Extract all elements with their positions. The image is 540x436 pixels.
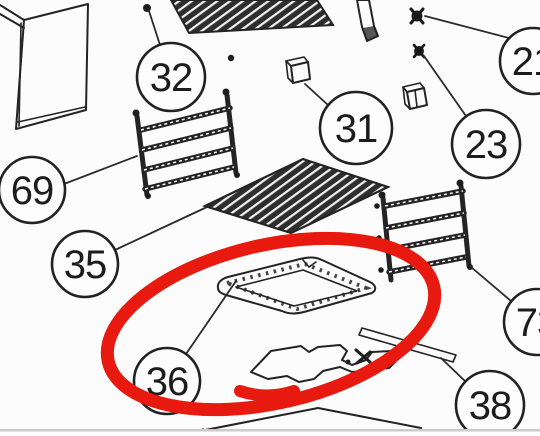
- callout-69: 69: [0, 157, 65, 223]
- callout-32: 32: [137, 43, 205, 111]
- callout-38-label: 38: [469, 384, 512, 428]
- callout-69-label: 69: [11, 169, 54, 213]
- parts-diagram-frame: 32 31 21 23 69 35 36 38 73: [0, 0, 540, 436]
- exploded-parts-diagram: 32 31 21 23 69 35 36 38 73: [0, 0, 540, 436]
- bolt-23: [414, 45, 424, 57]
- bottom-edge-line: [0, 429, 540, 436]
- bolt-21: [411, 9, 423, 23]
- callout-35: 35: [52, 231, 118, 297]
- callout-23: 23: [452, 110, 520, 178]
- screw-dot: [228, 55, 234, 61]
- callout-21-label: 21: [512, 40, 540, 84]
- callout-23-label: 23: [465, 123, 508, 167]
- callout-31: 31: [320, 92, 392, 164]
- callout-31-label: 31: [335, 107, 378, 151]
- callout-73-label: 73: [516, 301, 540, 345]
- callout-32-label: 32: [150, 56, 193, 100]
- callout-35-label: 35: [64, 243, 107, 287]
- callout-38: 38: [456, 371, 524, 436]
